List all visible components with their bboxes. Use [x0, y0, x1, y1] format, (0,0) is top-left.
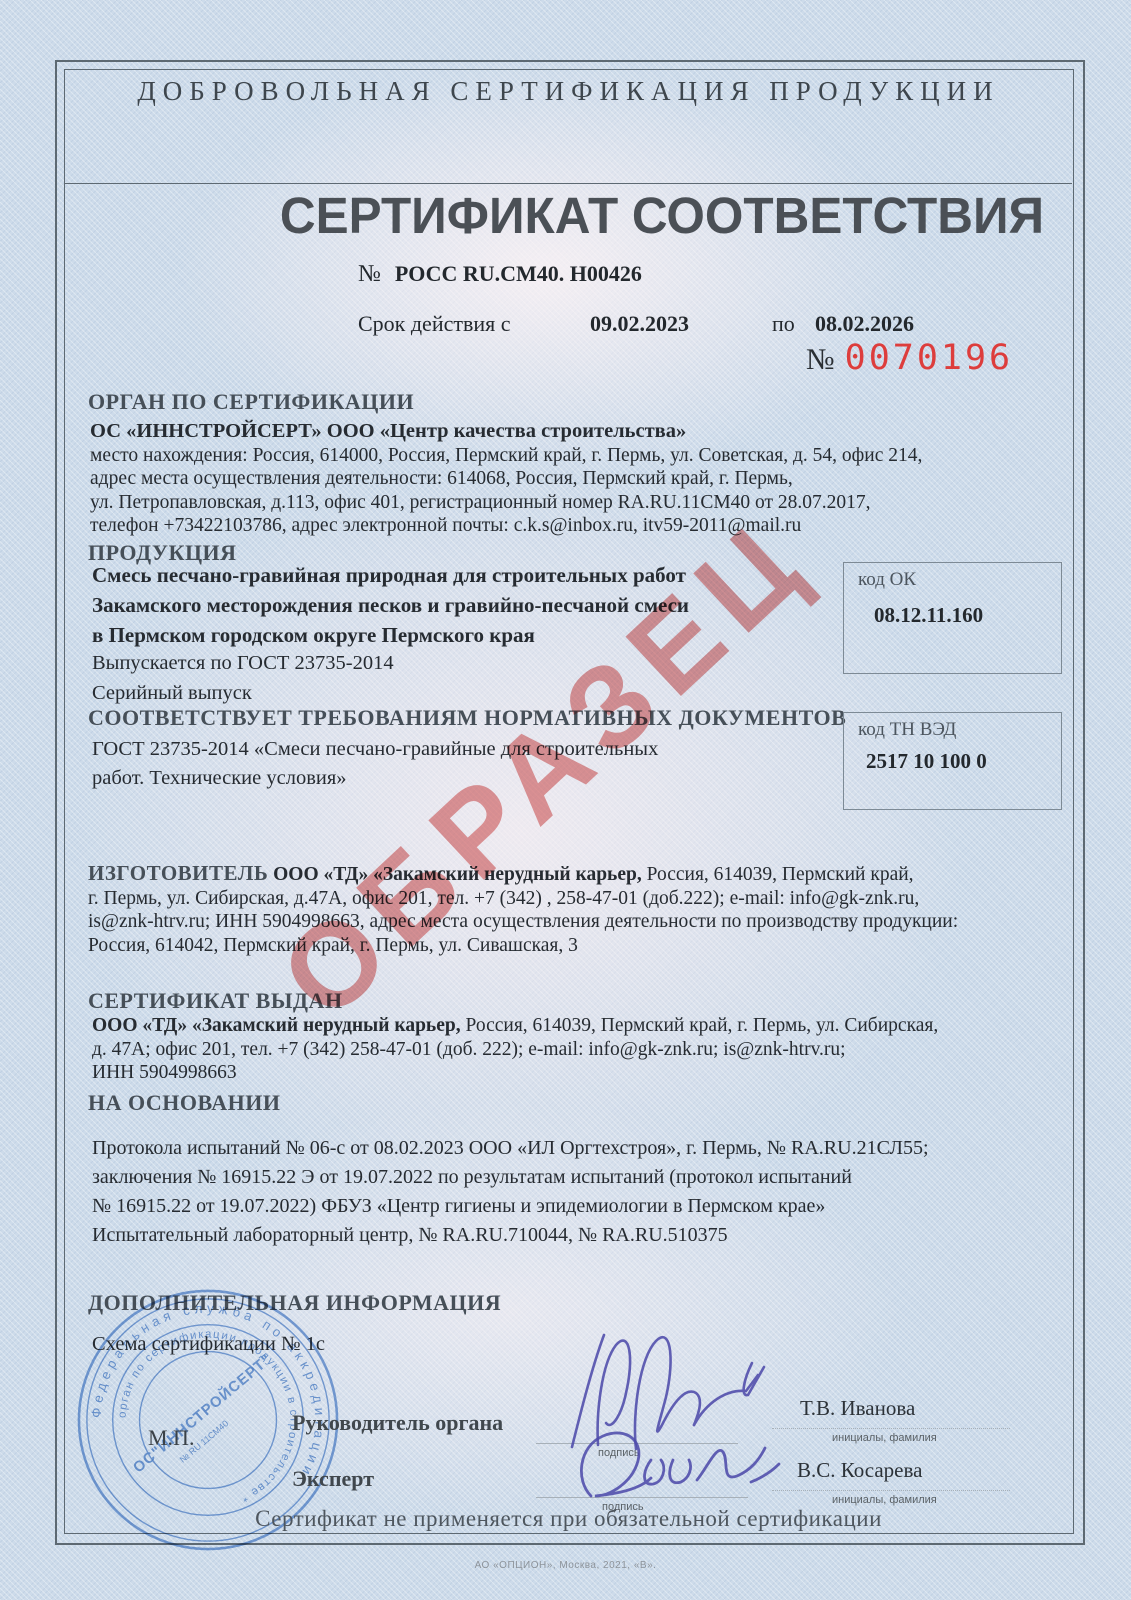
head-name-caption: инициалы, фамилия — [832, 1432, 937, 1444]
org-heading: ОРГАН ПО СЕРТИФИКАЦИИ — [88, 389, 414, 415]
ok-code-label: код ОК — [858, 569, 916, 591]
issued-heading: СЕРТИФИКАТ ВЫДАН — [88, 988, 343, 1014]
certificate-page: ДОБРОВОЛЬНАЯ СЕРТИФИКАЦИЯ ПРОДУКЦИИ СЕРТ… — [0, 0, 1131, 1600]
manufacturer-name: ООО «ТД» «Закамский нерудный карьер, — [273, 864, 646, 885]
manufacturer-line: is@znk-htrv.ru; ИНН 5904998663, адрес ме… — [88, 910, 958, 934]
manufacturer-address: Россия, 614039, Пермский край, — [647, 864, 914, 885]
org-address-line: адрес места осуществления деятельности: … — [90, 467, 922, 491]
issued-company-name: ООО «ТД» «Закамский нерудный карьер, — [92, 1015, 465, 1036]
validity-to-label: по — [772, 311, 795, 337]
expert-label: Эксперт — [292, 1466, 374, 1492]
certificate-title: СЕРТИФИКАТ СООТВЕТСТВИЯ — [274, 186, 1050, 245]
expert-name-caption: инициалы, фамилия — [832, 1494, 937, 1506]
issued-company-address: Россия, 614039, Пермский край, г. Пермь,… — [465, 1015, 938, 1036]
number-sign: № — [806, 343, 835, 376]
manufacturer-line: ИЗГОТОВИТЕЛЬ ООО «ТД» «Закамский нерудны… — [88, 862, 958, 887]
basis-block: Протокола испытаний № 06-с от 08.02.2023… — [92, 1134, 929, 1250]
validity-to-date: 08.02.2026 — [815, 311, 914, 337]
head-signature-caption: подпись — [598, 1447, 640, 1459]
blank-number-row: №0070196 — [806, 338, 1013, 378]
ok-code-value: 08.12.11.160 — [874, 603, 983, 628]
compliance-line: работ. Технические условия» — [92, 764, 658, 793]
head-signature-line — [536, 1443, 738, 1444]
product-standard: Выпускается по ГОСТ 23735-2014 Серийный … — [92, 648, 394, 708]
basis-line: № 16915.22 от 19.07.2022) ФБУЗ «Центр ги… — [92, 1192, 929, 1221]
tnved-code-label: код ТН ВЭД — [858, 719, 956, 741]
product-gost-line: Выпускается по ГОСТ 23735-2014 — [92, 648, 394, 678]
stamp-org-name: ОС"ИННСТРОЙСЕРТ" — [129, 1350, 275, 1477]
org-contacts-line: телефон +73422103786, адрес электронной … — [90, 514, 922, 538]
issued-line: ИНН 5904998663 — [92, 1061, 938, 1085]
product-line: Смесь песчано-гравийная природная для ст… — [92, 560, 689, 590]
ok-code-box: код ОК 08.12.11.160 — [843, 562, 1062, 674]
validity-from-date: 09.02.2023 — [590, 311, 689, 337]
manufacturer-line: Россия, 614042, Пермский край, г. Пермь,… — [88, 934, 958, 958]
expert-name-line — [772, 1490, 1010, 1491]
manufacturer-block: ИЗГОТОВИТЕЛЬ ООО «ТД» «Закамский нерудны… — [88, 862, 958, 957]
compliance-heading: СООТВЕТСТВУЕТ ТРЕБОВАНИЯМ НОРМАТИВНЫХ ДО… — [88, 705, 846, 731]
certificate-number-row: №РОСС RU.CM40. Н00426 — [358, 261, 642, 288]
number-sign: № — [358, 261, 381, 287]
org-address-line: ул. Петропавловская, д.113, офис 401, ре… — [90, 491, 922, 515]
compliance-line: ГОСТ 23735-2014 «Смеси песчано-гравийные… — [92, 735, 658, 764]
product-line: Закамского месторождения песков и гравий… — [92, 590, 689, 620]
expert-name: В.С. Косарева — [797, 1458, 922, 1483]
product-serial-line: Серийный выпуск — [92, 678, 394, 708]
product-line: в Пермском городском округе Пермского кр… — [92, 620, 689, 650]
issued-line: ООО «ТД» «Закамский нерудный карьер, Рос… — [92, 1014, 938, 1038]
header-separator-line — [65, 183, 1072, 184]
blank-number-value: 0070196 — [845, 338, 1014, 378]
mandatory-certification-disclaimer: Сертификат не применяется при обязательн… — [66, 1506, 1071, 1532]
org-address-line: место нахождения: Россия, 614000, Россия… — [90, 444, 922, 468]
top-banner: ДОБРОВОЛЬНАЯ СЕРТИФИКАЦИЯ ПРОДУКЦИИ — [66, 76, 1071, 107]
basis-line: Протокола испытаний № 06-с от 08.02.2023… — [92, 1134, 929, 1163]
head-name-line — [772, 1428, 1010, 1429]
basis-line: заключения № 16915.22 Э от 19.07.2022 по… — [92, 1163, 929, 1192]
org-details: ОС «ИННСТРОЙСЕРТ» ООО «Центр качества ст… — [90, 420, 922, 538]
compliance-details: ГОСТ 23735-2014 «Смеси песчано-гравийные… — [92, 735, 658, 793]
issued-block: ООО «ТД» «Закамский нерудный карьер, Рос… — [92, 1014, 938, 1085]
expert-signature-line — [536, 1497, 748, 1498]
product-description: Смесь песчано-гравийная природная для ст… — [92, 560, 689, 650]
printing-house-info: АО «ОПЦИОН», Москва, 2021, «В». — [0, 1560, 1131, 1571]
org-name: ОС «ИННСТРОЙСЕРТ» ООО «Центр качества ст… — [90, 420, 922, 444]
tnved-code-box: код ТН ВЭД 2517 10 100 0 — [843, 712, 1062, 810]
certificate-number: РОСС RU.CM40. Н00426 — [395, 261, 642, 286]
head-name: Т.В. Иванова — [800, 1396, 915, 1421]
issued-line: д. 47А; офис 201, тел. +7 (342) 258-47-0… — [92, 1038, 938, 1062]
validity-label: Срок действия с — [358, 311, 511, 337]
basis-heading: НА ОСНОВАНИИ — [88, 1090, 281, 1116]
head-of-org-label: Руководитель органа — [292, 1410, 503, 1436]
manufacturer-line: г. Пермь, ул. Сибирская, д.47А, офис 201… — [88, 887, 958, 911]
stamp-place-label: М.П. — [148, 1425, 194, 1451]
tnved-code-value: 2517 10 100 0 — [866, 749, 987, 774]
manufacturer-heading: ИЗГОТОВИТЕЛЬ — [88, 861, 268, 885]
basis-line: Испытательный лабораторный центр, № RA.R… — [92, 1221, 929, 1250]
